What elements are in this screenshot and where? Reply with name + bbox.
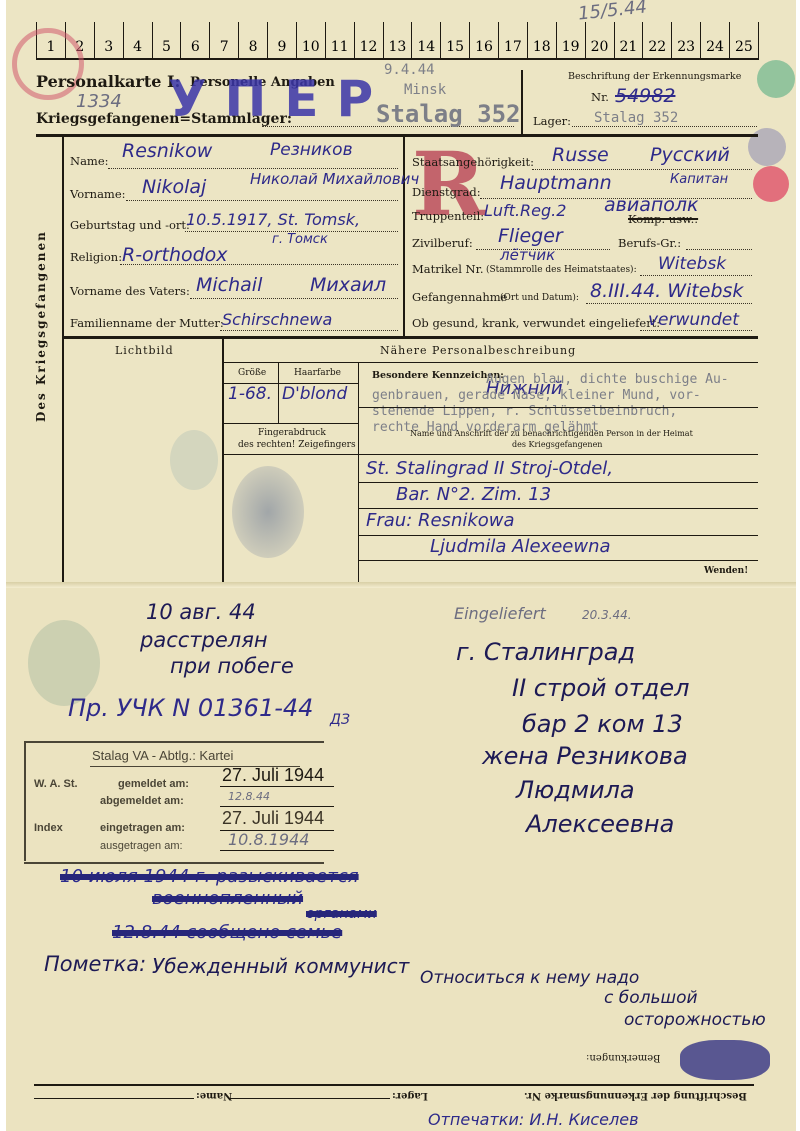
address-line: г. Сталинград: [456, 638, 635, 666]
dienstgrad-value-ru: Капитан: [670, 172, 728, 187]
red-dot: [753, 166, 789, 202]
remark-line-3: с большой: [604, 988, 698, 1008]
camp-value: Stalag 352: [376, 100, 521, 128]
geburt-value: 10.5.1917, St. Tomsk,: [186, 210, 360, 229]
vater-value-ru: Михаил: [310, 274, 386, 296]
upside-name-label: Name:: [196, 1090, 232, 1101]
staat-value-ru: Русский: [650, 144, 730, 166]
gemeldet-value: 27. Juli 1944: [222, 765, 324, 786]
staat-label: Staatsangehörigkeit:: [412, 155, 534, 169]
ruler-cell: 4: [123, 22, 152, 58]
ruler-cell: 10: [296, 22, 325, 58]
ruler-cell: 11: [325, 22, 354, 58]
gesund-value: verwundet: [648, 310, 739, 330]
geburt-value-ru: г. Томск: [272, 232, 328, 247]
matrikel-note: (Stammrolle des Heimatstaates):: [486, 265, 637, 275]
contact-line: Frau: Resnikowa: [366, 510, 515, 531]
green-dot: [757, 60, 795, 98]
side-label: Des Kriegsgefangenen: [34, 230, 48, 422]
struck-note-4: 12.8.44 сообщено семье: [112, 922, 342, 943]
gesund-label: Ob gesund, krank, verwundet eingeliefert…: [412, 316, 660, 330]
ruler-cell: 5: [152, 22, 181, 58]
ruler-cell: 20: [585, 22, 614, 58]
gemeldet-label: gemeldet am:: [118, 778, 189, 790]
ruler-cell: 19: [556, 22, 585, 58]
date-note: 10 авг. 44: [146, 600, 256, 624]
zivilberuf-value-ru: лётчик: [500, 246, 555, 264]
ruler-cell: 17: [498, 22, 527, 58]
contact-line: St. Stalingrad II Stroj-Otdel,: [366, 458, 613, 479]
stalag-stamp-title: Stalag VA - Abtlg.: Kartei: [92, 748, 233, 763]
faded-stamp: [170, 430, 218, 490]
struck-note-3: органами: [306, 906, 377, 922]
finger-label-1: Fingerabdruck: [258, 428, 326, 438]
ruler-cell: 23: [671, 22, 700, 58]
order-suffix: ДЗ: [330, 712, 350, 728]
gefangen-label: Gefangennahme: [412, 290, 507, 304]
address-line: Людмила: [516, 776, 635, 804]
haar-value: D'blond: [282, 384, 347, 404]
was-label: W. A. St.: [34, 778, 78, 790]
ruler-cell: 12: [354, 22, 383, 58]
address-line: Алексеевна: [526, 810, 674, 838]
ruler-cell: 6: [180, 22, 209, 58]
contact-label-2: des Kriegsgefangenen: [512, 440, 602, 449]
index-label: Index: [34, 822, 63, 834]
stamp-place: Minsk: [404, 82, 446, 98]
stamp-date: 9.4.44: [384, 62, 435, 78]
geburt-label: Geburtstag und -ort:: [70, 218, 190, 232]
tag-nr-label: Nr.: [591, 90, 609, 104]
tag-nr-value: 54982: [615, 85, 675, 107]
religion-label: Religion:: [70, 250, 122, 264]
ruler-cell: 21: [614, 22, 643, 58]
ruler-cell: 15: [440, 22, 469, 58]
typed-line: Augen blau, dichte buschige Au-: [486, 372, 729, 387]
truppenteil-label: Truppenteil:: [412, 209, 484, 223]
abgemeldet-value: 12.8.44: [228, 790, 270, 803]
card-reverse: [6, 588, 796, 1131]
eingeliefert-date: 20.3.44.: [582, 608, 632, 622]
pencil-camp-number: 1334: [76, 91, 122, 112]
struck-note-1: 10 июля 1944 г. разыскивается: [60, 866, 359, 887]
ruler-cell: 22: [642, 22, 671, 58]
ruler-cell: 7: [209, 22, 238, 58]
ausgetragen-label: ausgetragen am:: [100, 840, 183, 852]
finger-label-2: des rechten! Zeigefingers: [238, 440, 356, 450]
matrikel-value: Witebsk: [658, 254, 726, 274]
typed-line: genbrauen, gerade Nase, kleiner Mund, vo…: [372, 388, 701, 403]
note-line-3: при побеге: [170, 654, 294, 678]
eingeliefert-note: Eingeliefert: [454, 604, 546, 623]
contact-label-1: Name und Anschrift der zu benachrichtige…: [410, 429, 693, 438]
eingetragen-value: 27. Juli 1944: [222, 808, 324, 829]
eingetragen-label: eingetragen am:: [100, 822, 185, 834]
vorname-value: Nikolaj: [142, 176, 206, 198]
lager-value: Stalag 352: [594, 110, 678, 126]
ruler-cell: 13: [383, 22, 412, 58]
tag-header: Beschriftung der Erkennungsmarke: [568, 71, 741, 82]
note-line-2: расстрелян: [140, 628, 268, 652]
photo-label: Lichtbild: [115, 344, 174, 357]
ruler-cell: 18: [527, 22, 556, 58]
dienstgrad-label: Dienstgrad:: [412, 185, 481, 199]
section-title: Nähere Personalbeschreibung: [380, 344, 576, 357]
truppenteil-value: Luft.Reg.2: [484, 201, 566, 220]
matrikel-label: Matrikel Nr.: [412, 262, 484, 276]
fingerprint: [232, 466, 304, 558]
address-line: жена Резникова: [482, 742, 688, 770]
lager-dotted-line: [572, 126, 757, 127]
groesse-value: 1-68.: [228, 384, 272, 404]
gefangen-note: (Ort und Datum):: [500, 293, 579, 303]
berufs-label: Berufs-Gr.:: [618, 236, 681, 250]
uper-stamp: УПЕР: [168, 70, 391, 128]
address-line: II строй отдел: [512, 674, 689, 702]
religion-value: R-orthodox: [122, 244, 228, 266]
upside-remarks-label: Bemerkungen:: [586, 1052, 661, 1063]
lager-label: Lager:: [533, 114, 571, 128]
zivilberuf-value: Flieger: [498, 225, 563, 247]
haar-label: Haarfarbe: [294, 368, 341, 378]
ausgetragen-value: 10.8.1944: [228, 830, 309, 849]
zivilberuf-label: Zivilberuf:: [412, 236, 473, 250]
dienstgrad-value: Hauptmann: [500, 172, 612, 194]
staat-value: Russe: [552, 144, 609, 166]
contact-line: Bar. N°2. Zim. 13: [396, 484, 551, 505]
index-ruler: 1234567891011121314151617181920212223242…: [36, 22, 759, 60]
remark-label: Пометка:: [44, 952, 146, 976]
ruler-cell: 8: [238, 22, 267, 58]
gefangen-value: 8.III.44. Witebsk: [590, 280, 743, 302]
upside-lager-label: Lager:: [392, 1090, 428, 1101]
vorname-value-ru: Николай Михайлович: [250, 170, 419, 188]
vorname-label: Vorname:: [70, 187, 126, 201]
kennzeichen-label: Besondere Kennzeichen:: [372, 370, 504, 381]
struck-note-2: военнопленный: [152, 888, 303, 909]
ruler-cell: 24: [700, 22, 729, 58]
bottom-ink-note: Отпечатки: И.Н. Киселев: [428, 1110, 639, 1129]
remark-text: Убежденный коммунист: [152, 954, 409, 978]
address-line: бар 2 ком 13: [522, 710, 683, 738]
vater-label: Vorname des Vaters:: [70, 284, 190, 298]
contact-line: Ljudmila Alexeewna: [430, 536, 611, 557]
mutter-label: Familienname der Mutter:: [70, 316, 224, 330]
ruler-cell: 3: [94, 22, 123, 58]
ruler-cell: 9: [267, 22, 296, 58]
abgemeldet-label: abgemeldet am:: [100, 795, 184, 807]
card-title: Personalkarte I:: [36, 72, 180, 91]
remark-line-2: Относиться к нему надо: [420, 968, 639, 988]
ruler-cell: 25: [729, 22, 759, 58]
name-value: Resnikow: [122, 140, 212, 162]
upside-tag-label: Beschriftung der Erkennungsmarke Nr.: [524, 1090, 747, 1101]
signature-scribble: [680, 1040, 770, 1080]
komp-label: Komp. usw.:: [628, 212, 698, 226]
order-note: Пр. УЧК N 01361-44: [68, 694, 313, 722]
name-value-ru: Резников: [270, 140, 353, 160]
vater-value: Michail: [196, 274, 262, 296]
name-label: Name:: [70, 154, 109, 168]
remark-line-4: осторожностью: [624, 1010, 766, 1030]
wenden-label: Wenden!: [704, 566, 748, 576]
groesse-label: Größe: [238, 368, 266, 378]
ruler-cell: 14: [411, 22, 440, 58]
ruler-cell: 16: [469, 22, 498, 58]
mutter-value: Schirschnewa: [222, 310, 332, 329]
